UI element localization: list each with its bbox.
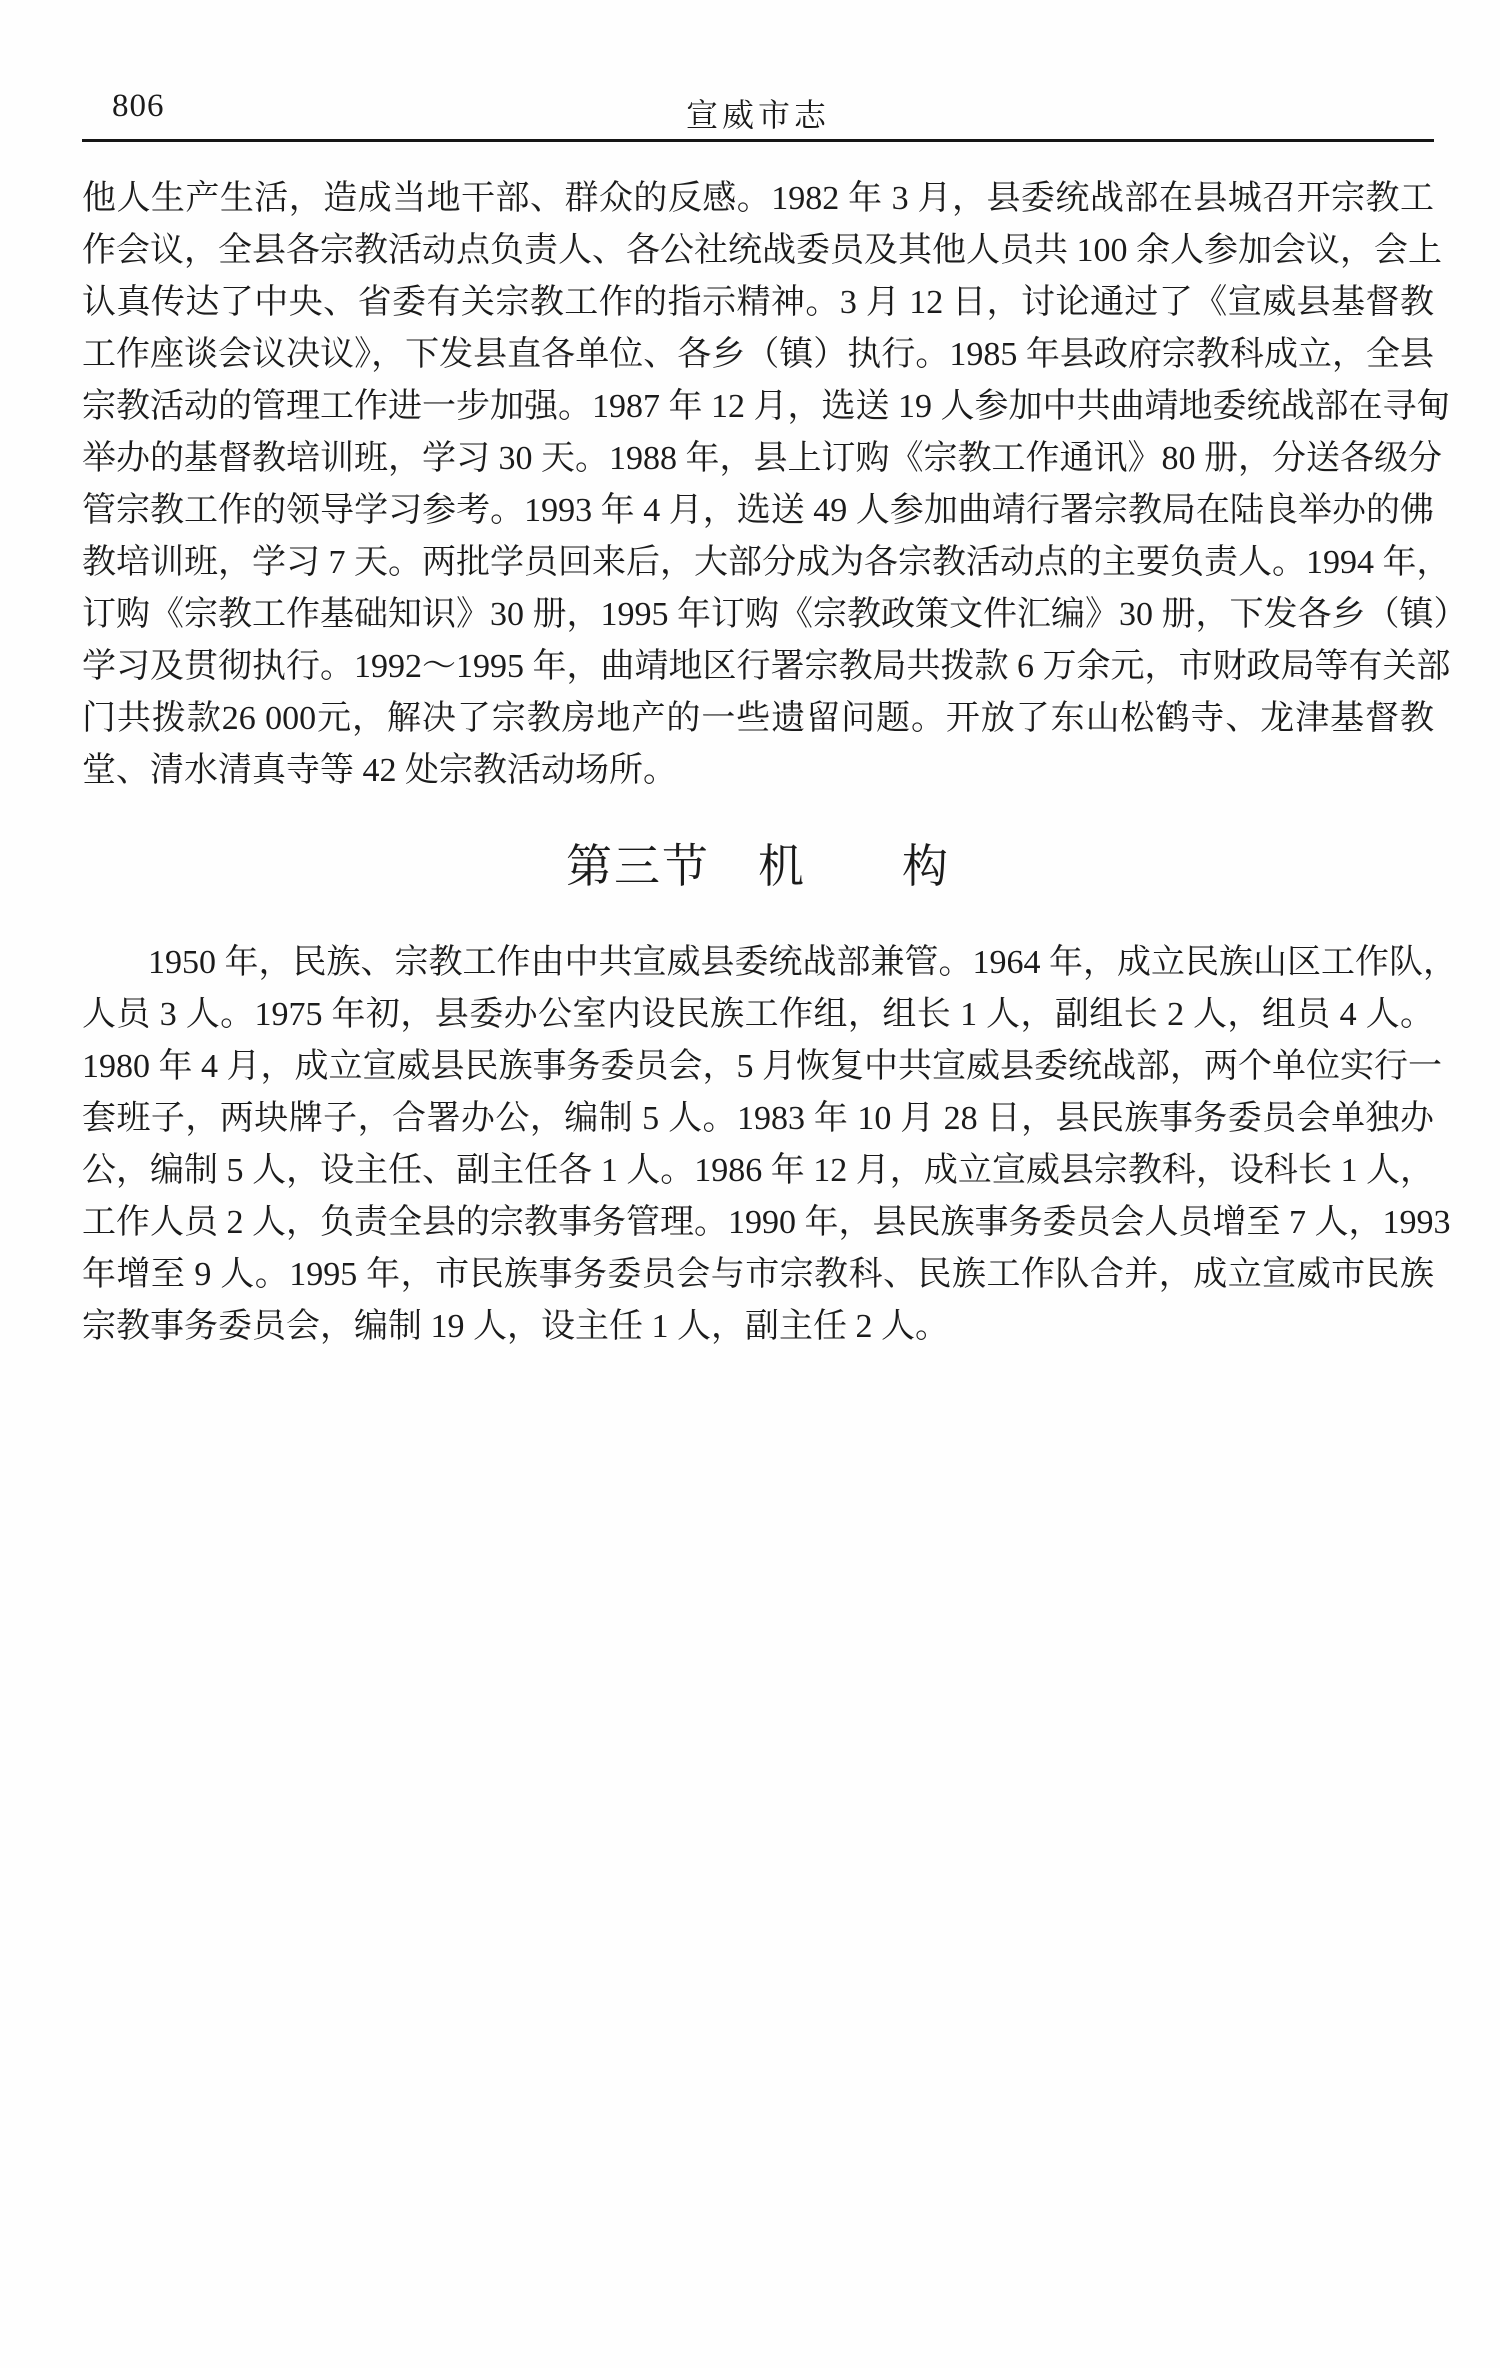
text-line: 宗教活动的管理工作进一步加强。1987 年 12 月，选送 19 人参加中共曲靖… [82, 381, 1434, 433]
text-line: 订购《宗教工作基础知识》30 册，1995 年订购《宗教政策文件汇编》30 册，… [82, 589, 1434, 641]
text-line: 教培训班，学习 7 天。两批学员回来后，大部分成为各宗教活动点的主要负责人。19… [82, 537, 1434, 589]
text-line: 1950 年，民族、宗教工作由中共宣威县委统战部兼管。1964 年，成立民族山区… [82, 937, 1434, 989]
text-line: 人员 3 人。1975 年初，县委办公室内设民族工作组，组长 1 人，副组长 2… [82, 989, 1434, 1041]
text-line: 举办的基督教培训班，学习 30 天。1988 年，县上订购《宗教工作通讯》80 … [82, 433, 1434, 485]
text-line: 认真传达了中央、省委有关宗教工作的指示精神。3 月 12 日，讨论通过了《宣威县… [82, 277, 1434, 329]
paragraph-religion-work: 他人生产生活，造成当地干部、群众的反感。1982 年 3 月，县委统战部在县城召… [82, 173, 1434, 797]
text-line: 1980 年 4 月，成立宣威县民族事务委员会，5 月恢复中共宣威县委统战部，两… [82, 1041, 1434, 1093]
text-line: 套班子，两块牌子，合署办公，编制 5 人。1983 年 10 月 28 日，县民… [82, 1093, 1434, 1145]
text-line: 作会议，全县各宗教活动点负责人、各公社统战委员及其他人员共 100 余人参加会议… [82, 225, 1434, 277]
text-line: 堂、清水清真寺等 42 处宗教活动场所。 [82, 745, 1434, 797]
section-heading: 第三节 机 构 [82, 827, 1434, 907]
page-body: 他人生产生活，造成当地干部、群众的反感。1982 年 3 月，县委统战部在县城召… [82, 173, 1434, 1353]
book-page: 806 宣威市志 他人生产生活，造成当地干部、群众的反感。1982 年 3 月，… [0, 0, 1500, 2368]
text-line: 年增至 9 人。1995 年，市民族事务委员会与市宗教科、民族工作队合并，成立宣… [82, 1249, 1434, 1301]
text-line: 工作座谈会议决议》，下发县直各单位、各乡（镇）执行。1985 年县政府宗教科成立… [82, 329, 1434, 381]
text-line: 宗教事务委员会，编制 19 人，设主任 1 人，副主任 2 人。 [82, 1301, 1434, 1353]
text-line: 公，编制 5 人，设主任、副主任各 1 人。1986 年 12 月，成立宣威县宗… [82, 1145, 1434, 1197]
text-line: 门共拨款26 000元，解决了宗教房地产的一些遗留问题。开放了东山松鹤寺、龙津基… [82, 693, 1434, 745]
paragraph-organization: 1950 年，民族、宗教工作由中共宣威县委统战部兼管。1964 年，成立民族山区… [82, 937, 1434, 1353]
page-header: 806 宣威市志 [82, 0, 1434, 130]
text-line: 学习及贯彻执行。1992～1995 年，曲靖地区行署宗教局共拨款 6 万余元，市… [82, 641, 1434, 693]
book-title: 宣威市志 [82, 90, 1434, 136]
text-line: 他人生产生活，造成当地干部、群众的反感。1982 年 3 月，县委统战部在县城召… [82, 173, 1434, 225]
header-divider [82, 139, 1434, 142]
text-line: 管宗教工作的领导学习参考。1993 年 4 月，选送 49 人参加曲靖行署宗教局… [82, 485, 1434, 537]
text-line: 工作人员 2 人，负责全县的宗教事务管理。1990 年，县民族事务委员会人员增至… [82, 1197, 1434, 1249]
